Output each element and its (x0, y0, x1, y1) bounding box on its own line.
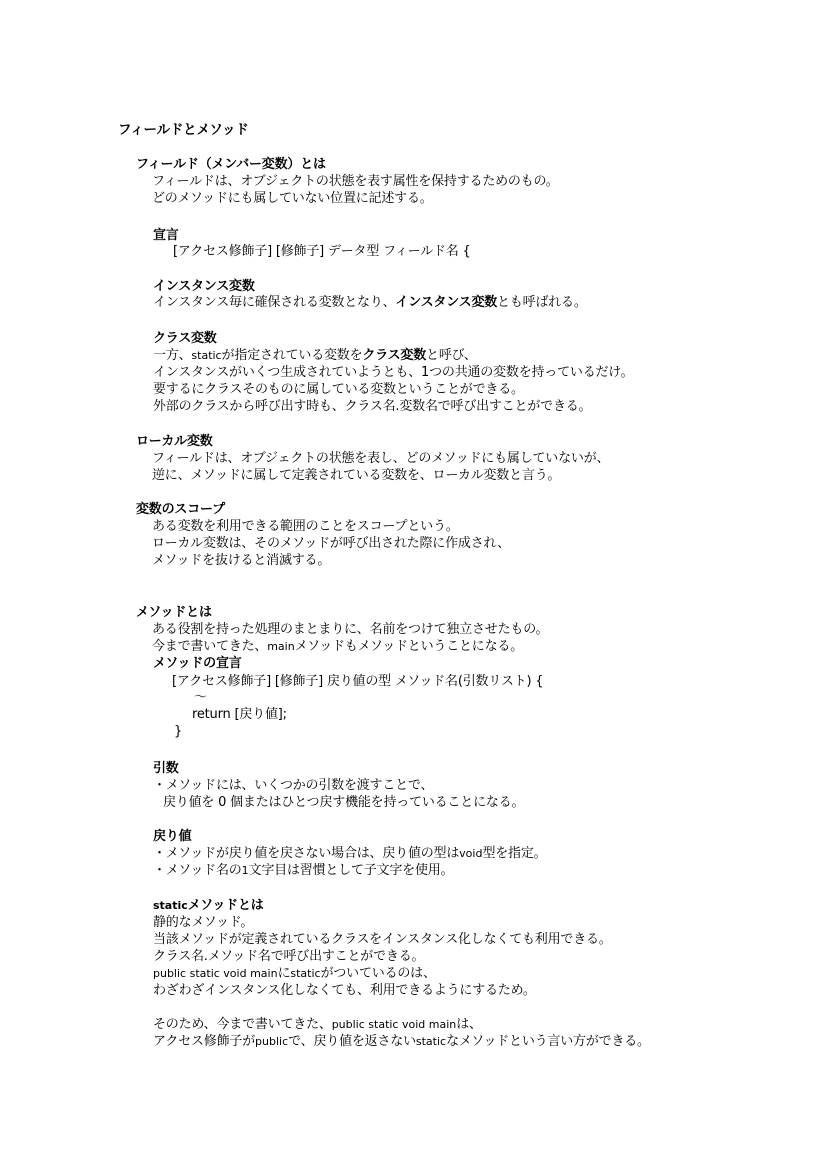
method-declaration-heading: メソッドの宣言 (153, 656, 242, 672)
local-var-heading: ローカル変数 (136, 434, 213, 450)
code-term: public static void main (332, 1018, 457, 1031)
number: 1 (242, 864, 249, 877)
text-span: と呼び、 (426, 348, 477, 363)
field-heading: フィールド（メンバー変数）とは (136, 157, 326, 173)
text-span: が指定されている変数を (222, 348, 363, 363)
code-term: main (267, 640, 294, 653)
return-value-heading: 戻り値 (153, 829, 191, 845)
text-span: メソッドもメソッドということになる。 (295, 639, 523, 654)
text-span: とも呼ばれる。 (497, 295, 587, 310)
static-method-line: 当該メソッドが定義されているクラスをインスタンス化しなくても利用できる。 (153, 932, 612, 948)
method-heading: メソッドとは (136, 605, 212, 621)
scope-line: メソッドを抜けると消滅する。 (152, 553, 330, 569)
text-span: 文字目は習慣として子文字を使用。 (249, 863, 454, 878)
class-var-line: インスタンスがいくつ生成されていようとも、1つの共通の変数を持っているだけ。 (153, 365, 633, 381)
code-term: static (290, 967, 320, 980)
class-var-line: 外部のクラスから呼び出す時も、クラス名.変数名で呼び出すことができる。 (153, 399, 591, 415)
scope-heading: 変数のスコープ (136, 502, 225, 518)
method-declaration-line: } (174, 724, 182, 740)
code-term: public (255, 1035, 288, 1048)
static-method-line: わざわざインスタンス化しなくても、利用できるようにするため。 (153, 983, 536, 999)
text-span: メソッドとは (188, 898, 264, 913)
return-value-line: ・メソッド名の1文字目は習慣として子文字を使用。 (153, 863, 453, 879)
text-span: ・メソッドが戻り値を戻さない場合は、戻り値の型は (153, 846, 459, 861)
text-span: インスタンス毎に確保される変数となり、 (153, 295, 395, 310)
text-span: 一方、 (153, 348, 191, 363)
method-declaration-line: ～ (194, 690, 207, 706)
class-var-line: 要するにクラスそのものに属している変数ということができる。 (153, 382, 524, 398)
args-heading: 引数 (153, 761, 179, 777)
text-span: で、戻り値を返さない (288, 1034, 416, 1049)
text-span: 今まで書いてきた、 (152, 639, 267, 654)
method-declaration-line: [アクセス修飾子] [修飾子] 戻り値の型 メソッド名(引数リスト) { (172, 674, 543, 690)
bold-term: クラス変数 (362, 348, 426, 363)
return-value-line: ・メソッドが戻り値を戻さない場合は、戻り値の型はvoid型を指定。 (153, 846, 546, 862)
scope-line: ローカル変数は、そのメソッドが呼び出された際に作成され、 (152, 536, 510, 552)
code-term: public static void main (153, 967, 278, 980)
local-var-line: フィールドは、オブジェクトの状態を表し、どのメソッドにも属していないが、 (152, 451, 609, 467)
class-var-heading: クラス変数 (153, 331, 217, 347)
text-span: 型を指定。 (482, 846, 546, 861)
text-span: アクセス修飾子が (153, 1034, 255, 1049)
method-body-line: 今まで書いてきた、mainメソッドもメソッドということになる。 (152, 639, 523, 655)
declaration-heading: 宣言 (153, 228, 179, 244)
instance-var-heading: インスタンス変数 (153, 279, 255, 295)
class-var-line: 一方、staticが指定されている変数をクラス変数と呼び、 (153, 348, 477, 364)
field-body-line: フィールドは、オブジェクトの状態を表す属性を保持するためのもの。 (152, 174, 559, 190)
code-term: static (191, 349, 221, 362)
scope-line: ある変数を利用できる範囲のことをスコープという。 (152, 519, 459, 535)
text-span: ・メソッド名の (153, 863, 242, 878)
text-span: に (278, 966, 291, 981)
static-method-line: クラス名.メソッド名で呼び出すことができる。 (153, 949, 424, 965)
static-method-line: public static void mainにstaticがついているのは、 (153, 966, 436, 982)
method-body-line: ある役割を持った処理のまとまりに、名前をつけて独立させたもの。 (152, 622, 548, 638)
static-method-line: 静的なメソッド。 (153, 915, 253, 931)
args-line: 戻り値を 0 個またはひとつ戻す機能を持っていることになる。 (163, 795, 524, 811)
code-term: void (459, 847, 482, 860)
field-body-line: どのメソッドにも属していない位置に記述する。 (152, 191, 433, 207)
conclusion-line: そのため、今まで書いてきた、public static void mainは、 (153, 1017, 482, 1033)
text-span: なメソッドという言い方ができる。 (446, 1034, 650, 1049)
code-term: static (416, 1035, 446, 1048)
text-span: は、 (456, 1017, 482, 1032)
conclusion-line: アクセス修飾子がpublicで、戻り値を返さないstaticなメソッドという言い… (153, 1034, 650, 1050)
instance-var-body: インスタンス毎に確保される変数となり、インスタンス変数とも呼ばれる。 (153, 295, 587, 311)
static-method-heading: staticメソッドとは (153, 898, 264, 914)
text-span: そのため、今まで書いてきた、 (153, 1017, 332, 1032)
code-term: static (153, 899, 188, 912)
page-title: フィールドとメソッド (118, 122, 249, 138)
bold-term: インスタンス変数 (395, 295, 497, 310)
declaration-syntax: [アクセス修飾子] [修飾子] データ型 フィールド名 { (173, 244, 471, 260)
text-span: がついているのは、 (321, 966, 436, 981)
local-var-line: 逆に、メソッドに属して定義されている変数を、ローカル変数と言う。 (152, 468, 560, 484)
method-declaration-line: return [戻り値]; (192, 707, 287, 723)
args-line: ・メソッドには、いくつかの引数を渡すことで、 (153, 778, 433, 794)
